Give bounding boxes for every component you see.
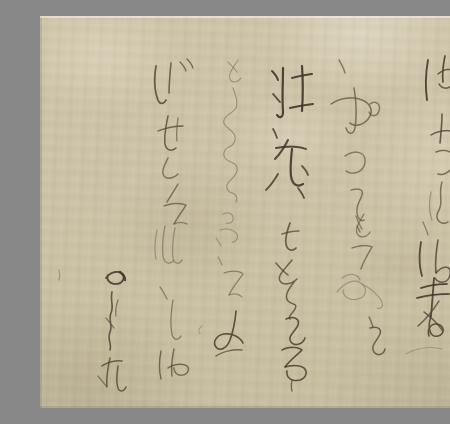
column-6-signature bbox=[59, 270, 126, 391]
column-1-rightmost bbox=[406, 56, 450, 354]
column-3-bold bbox=[266, 66, 313, 391]
calligraphy-ink-strokes bbox=[40, 16, 450, 408]
column-2 bbox=[331, 60, 385, 355]
column-4-thin bbox=[215, 60, 243, 356]
stroke-layer bbox=[59, 56, 450, 391]
column-5 bbox=[155, 59, 202, 379]
calligraphy-artwork bbox=[40, 16, 450, 408]
